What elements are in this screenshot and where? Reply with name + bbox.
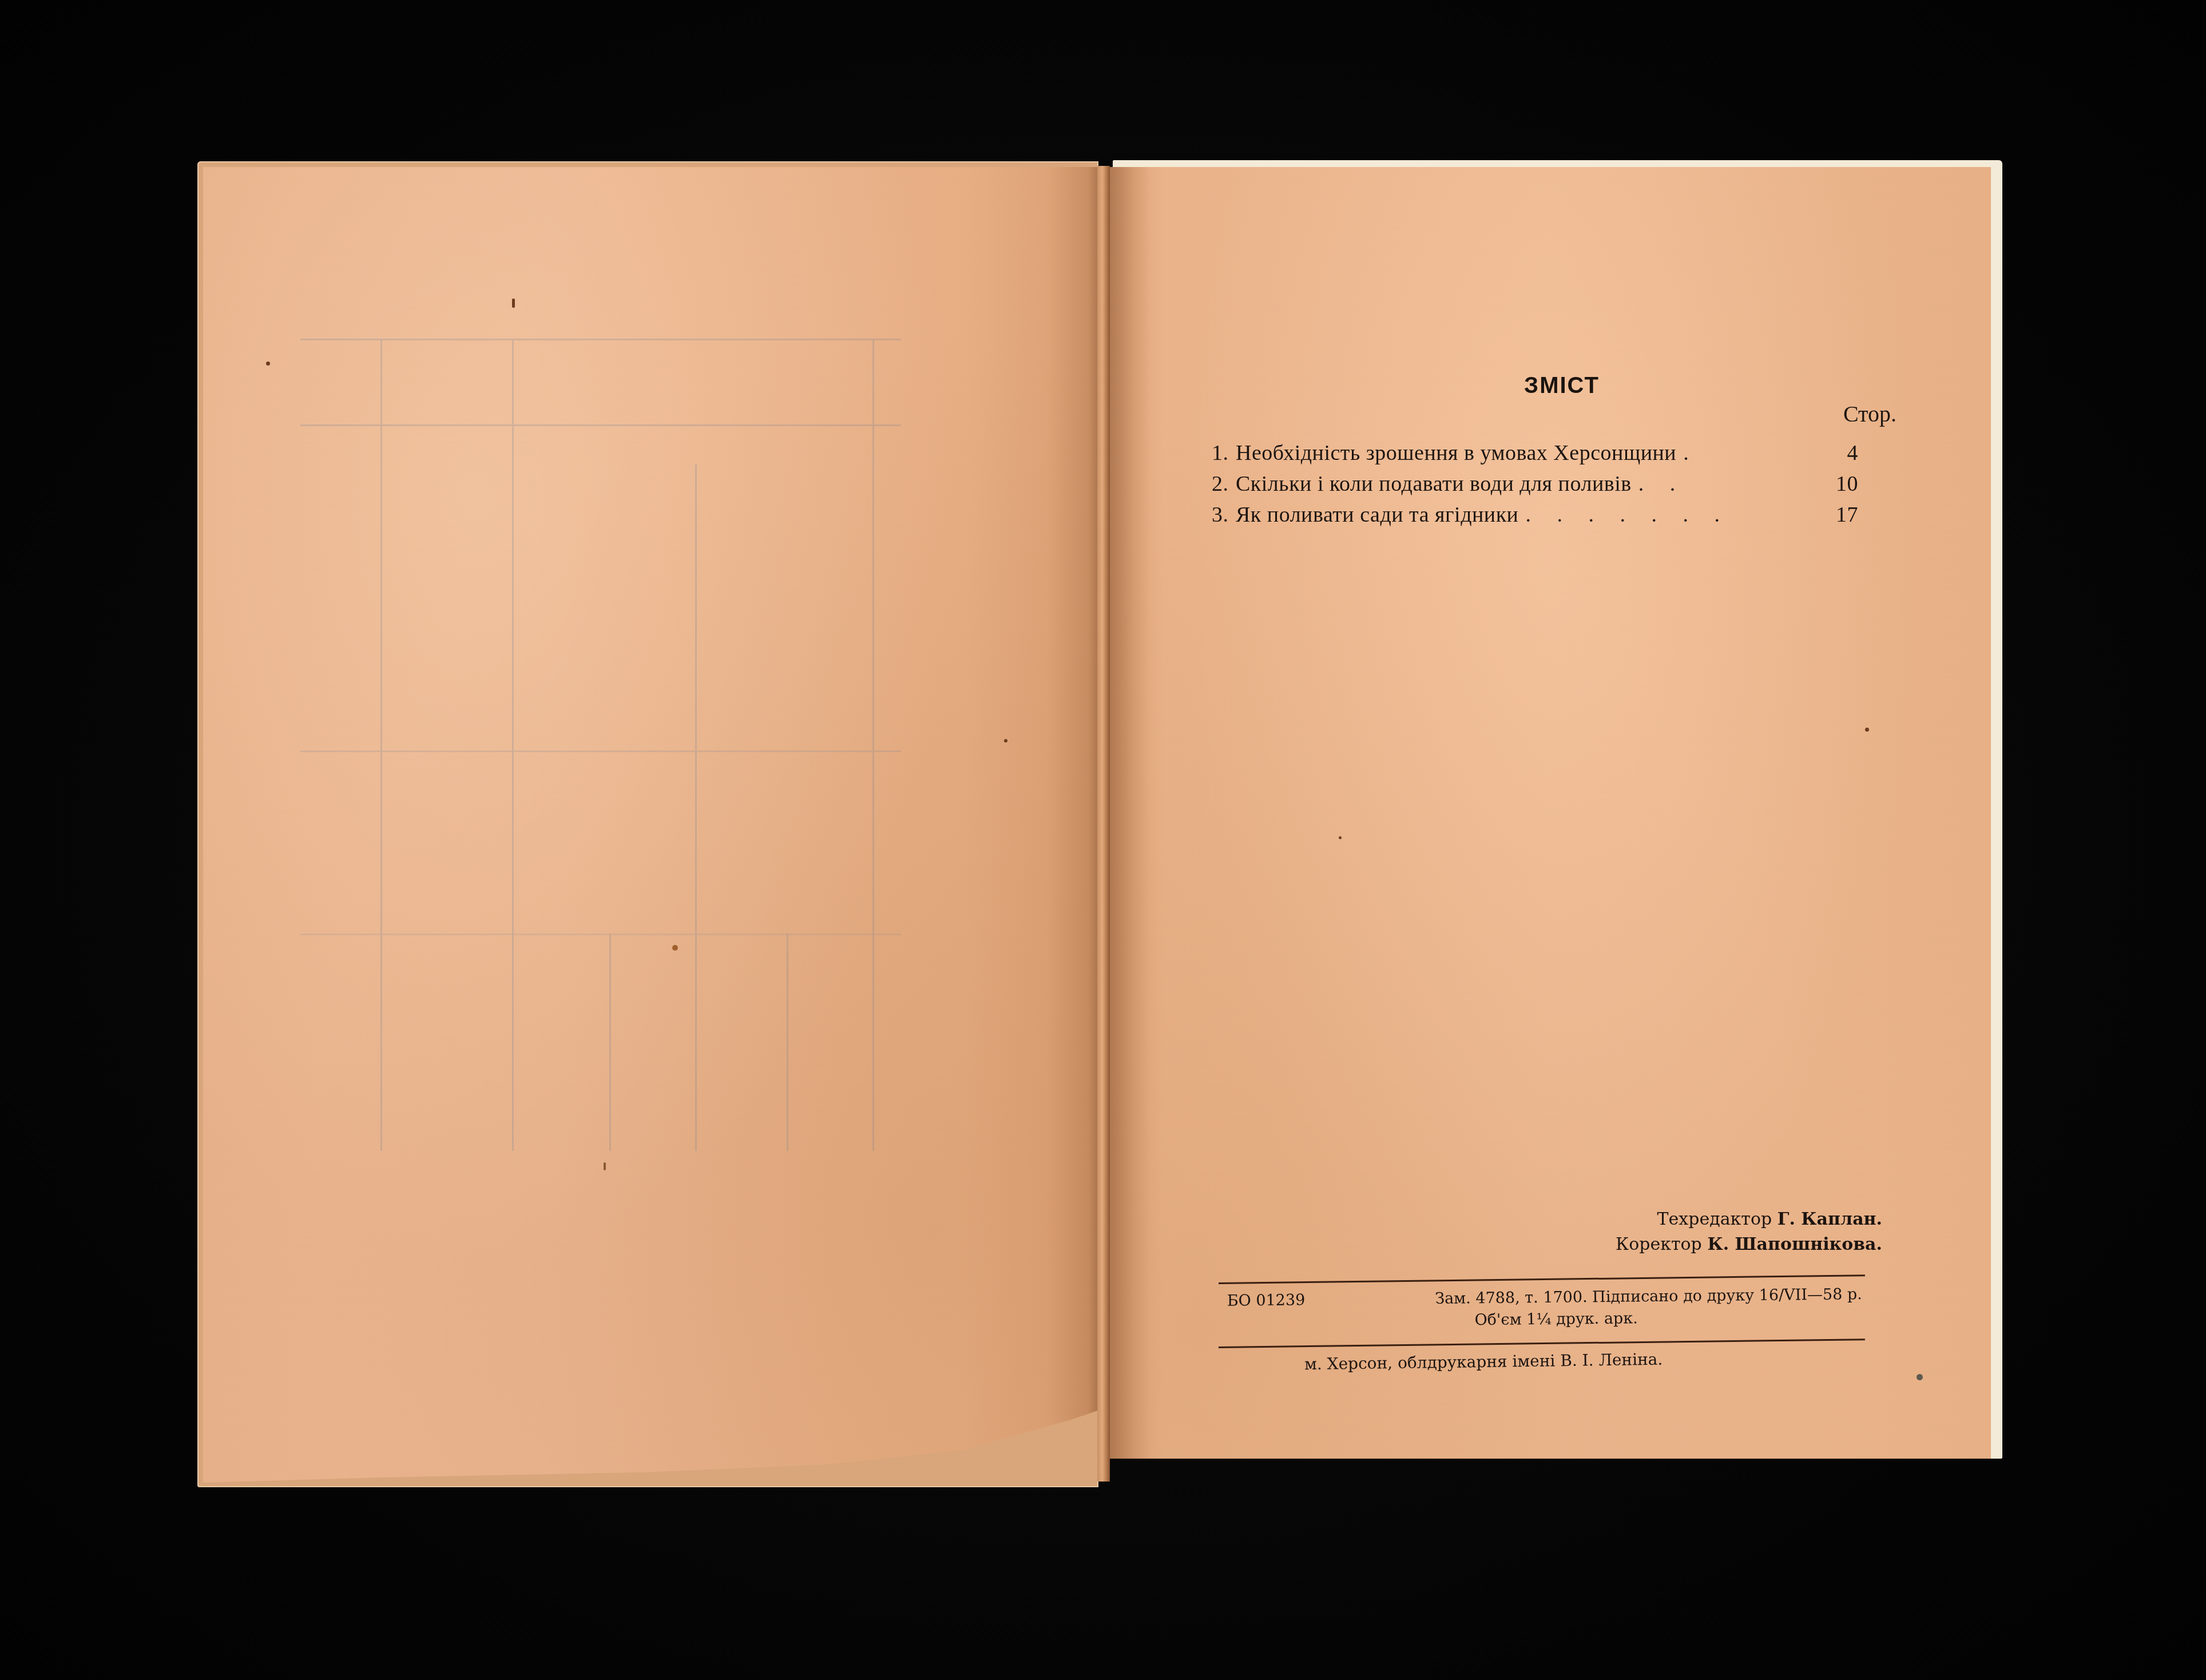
tech-editor-role: Техредактор [1657, 1209, 1772, 1229]
toc-entry-page: 10 [1818, 471, 1858, 497]
table-of-contents: 1. Необхідність зрошення в умовах Херсон… [1212, 440, 1858, 533]
right-page-gutter-shadow [1110, 167, 1150, 1459]
imprint-block: БО 01239 Зам. 4788, т. 1700. Підписано д… [1227, 1284, 1863, 1334]
printer-line: м. Херсон, облдрукарня імені В. І. Ленін… [1304, 1350, 1663, 1374]
imprint-code: БО 01239 [1227, 1289, 1306, 1312]
credits-block: Техредактор Г. Каплан. Коректор К. Шапош… [1616, 1207, 1882, 1257]
toc-entry-number: 2. [1212, 471, 1236, 497]
tech-editor-line: Техредактор Г. Каплан. [1616, 1207, 1882, 1232]
proofreader-role: Коректор [1616, 1234, 1702, 1254]
toc-entry-number: 1. [1212, 440, 1236, 466]
toc-leader-dots: . [1676, 440, 1818, 466]
toc-entry-title: Як поливати сади та ягідники [1236, 502, 1518, 527]
imprint-order-info: Зам. 4788, т. 1700. Підписано до друку 1… [1435, 1284, 1862, 1310]
toc-entry: 2. Скільки і коли подавати води для поли… [1212, 471, 1858, 502]
toc-entry-page: 17 [1818, 502, 1858, 527]
proofreader-line: Коректор К. Шапошнікова. [1616, 1232, 1882, 1257]
page-column-label: Стор. [1843, 400, 1896, 427]
toc-leader-dots: . . . . . . . [1518, 502, 1818, 527]
open-booklet: ЗМІСТ Стор. 1. Необхідність зрошення в у… [0, 0, 2206, 1680]
tech-editor-name: Г. Каплан. [1778, 1209, 1882, 1229]
right-page: ЗМІСТ Стор. 1. Необхідність зрошення в у… [1110, 167, 1991, 1459]
toc-title: ЗМІСТ [1110, 373, 1991, 399]
imprint-top-rule [1219, 1274, 1865, 1284]
toc-entry: 1. Необхідність зрошення в умовах Херсон… [1212, 440, 1858, 471]
left-page-gutter-shadow [1047, 167, 1098, 1483]
proofreader-name: К. Шапошнікова. [1707, 1234, 1882, 1254]
imprint-bottom-rule [1219, 1339, 1865, 1348]
bleed-through-table [300, 339, 901, 1151]
toc-entry-number: 3. [1212, 502, 1236, 527]
toc-leader-dots: . . [1632, 471, 1818, 497]
toc-entry: 3. Як поливати сади та ягідники . . . . … [1212, 502, 1858, 533]
left-page [203, 167, 1098, 1483]
spine-gutter [1097, 166, 1110, 1482]
toc-entry-title: Скільки і коли подавати води для поливів [1236, 471, 1632, 497]
toc-entry-page: 4 [1818, 440, 1858, 466]
toc-entry-title: Необхідність зрошення в умовах Херсонщин… [1236, 440, 1676, 466]
